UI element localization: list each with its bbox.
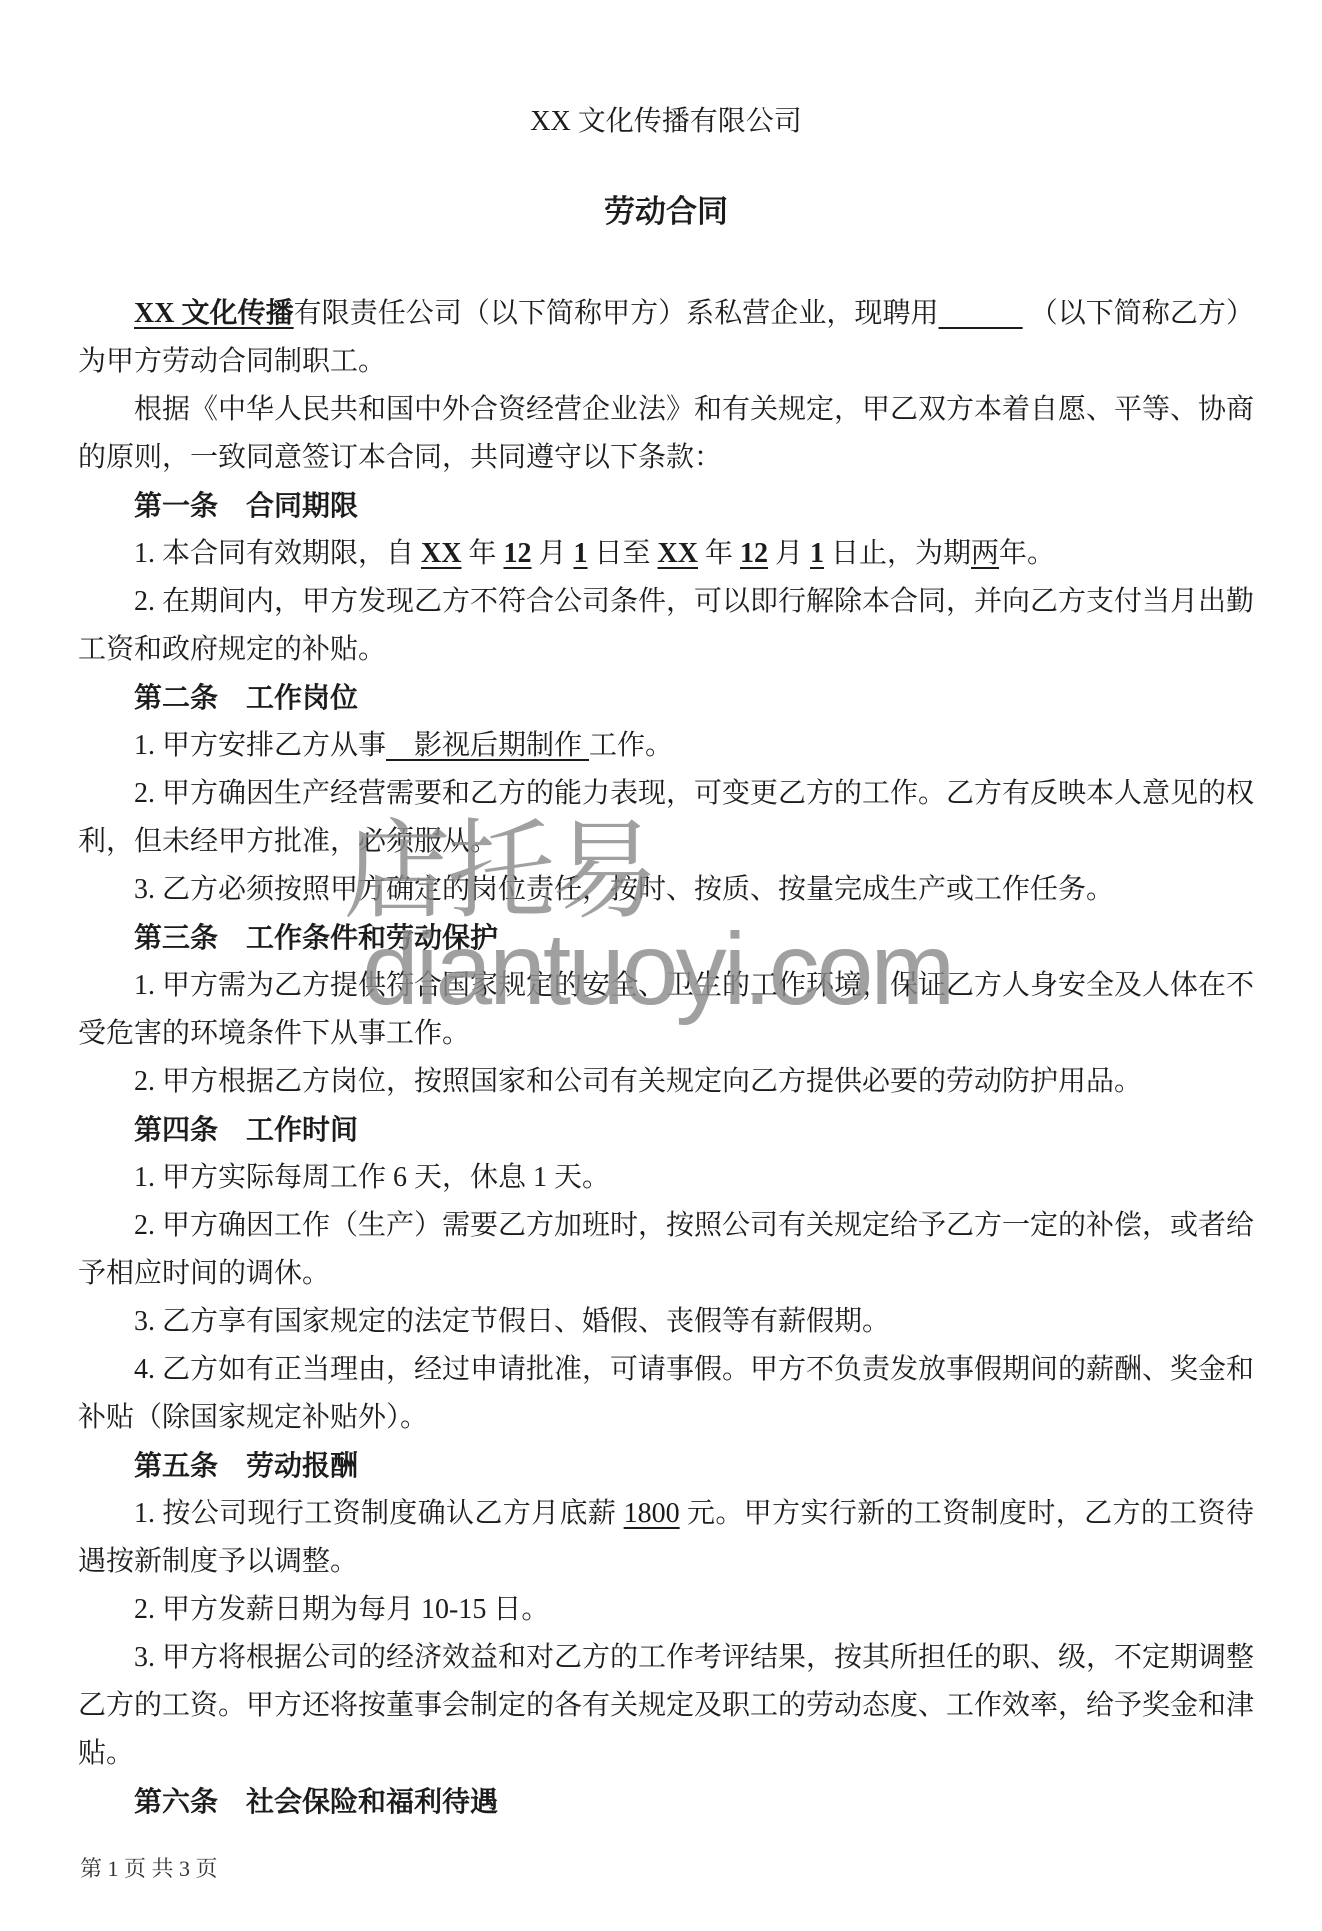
- text-run: 12: [503, 538, 531, 569]
- text-run: 影视后期制作: [386, 730, 589, 761]
- document-title: 劳动合同: [78, 190, 1254, 234]
- text-run: 第六条 社会保险和福利待遇: [134, 1786, 498, 1817]
- text-run: 日止，为期: [824, 538, 971, 569]
- contract-paragraph: 3. 乙方必须按照甲方确定的岗位责任，按时、按质、按量完成生产或工作任务。: [78, 866, 1254, 914]
- text-run: 第二条 工作岗位: [134, 682, 358, 713]
- text-run: 12: [740, 538, 768, 569]
- text-run: 1800: [624, 1498, 680, 1529]
- text-run: 年: [698, 538, 740, 569]
- text-run: 2. 甲方根据乙方岗位，按照国家和公司有关规定向乙方提供必要的劳动防护用品。: [134, 1066, 1142, 1097]
- text-run: 第三条 工作条件和劳动保护: [134, 922, 498, 953]
- section-heading: 第三条 工作条件和劳动保护: [78, 914, 1254, 962]
- contract-body: XX 文化传播有限责任公司（以下简称甲方）系私营企业，现聘用 （以下简称乙方）为…: [78, 290, 1254, 1826]
- text-run: 2. 甲方发薪日期为每月 10-15 日。: [134, 1594, 549, 1625]
- text-run: 第一条 合同期限: [134, 490, 358, 521]
- contract-paragraph: XX 文化传播有限责任公司（以下简称甲方）系私营企业，现聘用 （以下简称乙方）为…: [78, 290, 1254, 386]
- text-run: XX: [658, 538, 698, 569]
- text-run: [939, 298, 1023, 329]
- text-run: 第五条 劳动报酬: [134, 1450, 358, 1481]
- contract-paragraph: 1. 本合同有效期限，自 XX 年 12 月 1 日至 XX 年 12 月 1 …: [78, 530, 1254, 578]
- text-run: 1. 甲方需为乙方提供符合国家规定的安全、卫生的工作环境，保证乙方人身安全及人体…: [78, 970, 1254, 1049]
- contract-paragraph: 2. 甲方根据乙方岗位，按照国家和公司有关规定向乙方提供必要的劳动防护用品。: [78, 1058, 1254, 1106]
- contract-paragraph: 3. 甲方将根据公司的经济效益和对乙方的工作考评结果，按其所担任的职、级，不定期…: [78, 1634, 1254, 1778]
- text-run: 有限责任公司（以下简称甲方）系私营企业，现聘用: [294, 298, 939, 329]
- text-run: 3. 甲方将根据公司的经济效益和对乙方的工作考评结果，按其所担任的职、级，不定期…: [78, 1642, 1254, 1769]
- text-run: 1. 按公司现行工资制度确认乙方月底薪: [134, 1498, 624, 1529]
- text-run: 月: [768, 538, 810, 569]
- text-run: 第四条 工作时间: [134, 1114, 358, 1145]
- text-run: 工作。: [589, 730, 673, 761]
- text-run: 两: [971, 538, 999, 569]
- contract-paragraph: 4. 乙方如有正当理由，经过申请批准，可请事假。甲方不负责发放事假期间的薪酬、奖…: [78, 1346, 1254, 1442]
- text-run: 4. 乙方如有正当理由，经过申请批准，可请事假。甲方不负责发放事假期间的薪酬、奖…: [78, 1354, 1254, 1433]
- text-run: 2. 甲方确因工作（生产）需要乙方加班时，按照公司有关规定给予乙方一定的补偿，或…: [78, 1210, 1254, 1289]
- contract-paragraph: 2. 在期间内，甲方发现乙方不符合公司条件，可以即行解除本合同，并向乙方支付当月…: [78, 578, 1254, 674]
- page-number-footer: 第 1 页 共 3 页: [80, 1854, 218, 1884]
- contract-paragraph: 1. 甲方实际每周工作 6 天，休息 1 天。: [78, 1154, 1254, 1202]
- contract-paragraph: 2. 甲方发薪日期为每月 10-15 日。: [78, 1586, 1254, 1634]
- text-run: 3. 乙方必须按照甲方确定的岗位责任，按时、按质、按量完成生产或工作任务。: [134, 874, 1114, 905]
- text-run: 根据《中华人民共和国中外合资经营企业法》和有关规定，甲乙双方本着自愿、平等、协商…: [78, 394, 1254, 473]
- contract-paragraph: 根据《中华人民共和国中外合资经营企业法》和有关规定，甲乙双方本着自愿、平等、协商…: [78, 386, 1254, 482]
- text-run: 3. 乙方享有国家规定的法定节假日、婚假、丧假等有薪假期。: [134, 1306, 890, 1337]
- text-run: 1. 本合同有效期限，自: [134, 538, 421, 569]
- contract-paragraph: 3. 乙方享有国家规定的法定节假日、婚假、丧假等有薪假期。: [78, 1298, 1254, 1346]
- text-run: 年。: [999, 538, 1055, 569]
- text-run: 日至: [588, 538, 658, 569]
- section-heading: 第一条 合同期限: [78, 482, 1254, 530]
- text-run: 1. 甲方安排乙方从事: [134, 730, 386, 761]
- section-heading: 第二条 工作岗位: [78, 674, 1254, 722]
- contract-paragraph: 2. 甲方确因生产经营需要和乙方的能力表现，可变更乙方的工作。乙方有反映本人意见…: [78, 770, 1254, 866]
- text-run: 2. 在期间内，甲方发现乙方不符合公司条件，可以即行解除本合同，并向乙方支付当月…: [78, 586, 1254, 665]
- text-run: 月: [531, 538, 573, 569]
- text-run: XX 文化传播: [134, 298, 294, 329]
- text-run: 1: [574, 538, 588, 569]
- company-title: XX 文化传播有限公司: [78, 102, 1254, 142]
- text-run: 2. 甲方确因生产经营需要和乙方的能力表现，可变更乙方的工作。乙方有反映本人意见…: [78, 778, 1254, 857]
- contract-paragraph: 1. 甲方需为乙方提供符合国家规定的安全、卫生的工作环境，保证乙方人身安全及人体…: [78, 962, 1254, 1058]
- text-run: 1: [810, 538, 824, 569]
- section-heading: 第四条 工作时间: [78, 1106, 1254, 1154]
- contract-paragraph: 1. 按公司现行工资制度确认乙方月底薪 1800 元。甲方实行新的工资制度时，乙…: [78, 1490, 1254, 1586]
- text-run: 1. 甲方实际每周工作 6 天，休息 1 天。: [134, 1162, 610, 1193]
- text-run: XX: [421, 538, 461, 569]
- document-page: XX 文化传播有限公司 劳动合同 XX 文化传播有限责任公司（以下简称甲方）系私…: [0, 0, 1322, 1931]
- contract-paragraph: 2. 甲方确因工作（生产）需要乙方加班时，按照公司有关规定给予乙方一定的补偿，或…: [78, 1202, 1254, 1298]
- section-heading: 第六条 社会保险和福利待遇: [78, 1778, 1254, 1826]
- text-run: 年: [461, 538, 503, 569]
- section-heading: 第五条 劳动报酬: [78, 1442, 1254, 1490]
- contract-paragraph: 1. 甲方安排乙方从事 影视后期制作 工作。: [78, 722, 1254, 770]
